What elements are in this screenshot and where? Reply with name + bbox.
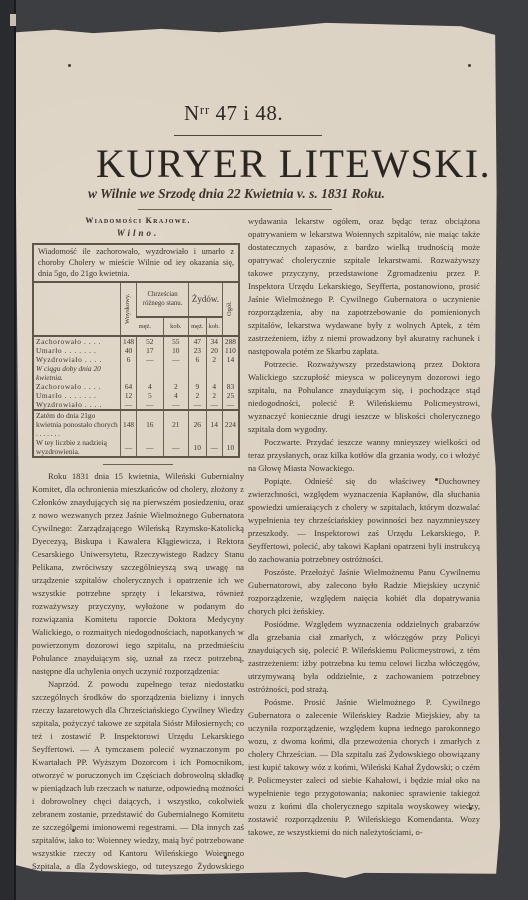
cell: 288 [222,336,238,346]
cell: 14 [222,355,238,364]
cell: 20 [206,346,222,355]
cell: 52 [137,336,163,346]
article-paragraph: Potrzecie. Rozważywszy przedstawioną prz… [248,358,480,436]
row-label: Zachorowało . . . . [34,336,121,346]
table-subheading-row: W ciągu doby dnia 20 kwietnia. [34,364,238,382]
cell: 34 [206,336,222,346]
header-female: kob. [206,317,222,336]
table-row: Wyzdrowiało . . . . 6 — — 6 2 14 [34,355,238,364]
cell: 148 [121,410,137,438]
paper-blemish [435,478,438,481]
cell: — [121,400,137,410]
masthead-rule-top [174,135,322,136]
article-paragraph: Roku 1831 dnia 15 kwietnia, Wileński Gub… [32,470,244,678]
table-row: Umarło . . . . . . . 40 17 10 23 20 110 [34,346,238,355]
stats-table: Woyskowy. Chrześcian różnego stanu. Żydó… [34,283,238,456]
cell: 10 [222,438,238,456]
table-row: Wyzdrowiało . . . . — — — — — — [34,400,238,410]
cell: 64 [121,382,137,391]
right-column: wydawania lekarstw ogółem, oraz będąc te… [248,215,480,839]
cholera-statistics-table: Wiadomość ile zachorowało, wyzdrowiało i… [32,243,240,458]
left-column: Wiadomości Krajowe. Wilno. Wiadomość ile… [32,214,244,899]
cell: 12 [121,391,137,400]
cell: — [163,355,189,364]
table-row: Zachorowało . . . . 64 4 2 9 4 83 [34,382,238,391]
header-military: Woyskowy. [121,283,137,336]
row-label: Zatém do dnia 21go kwietnia ponostało ch… [34,410,121,438]
scan-binding-strip [0,0,16,900]
issue-number: Nʳʳ 47 i 48. [184,101,334,126]
header-female: kob. [163,317,189,336]
paper-blemish [68,64,71,67]
cell: 4 [206,382,222,391]
paper-blemish [468,64,471,67]
table-caption: Wiadomość ile zachorowało, wyzdrowiało i… [34,245,238,283]
cell: 4 [137,382,163,391]
paper-blemish [224,856,227,859]
cell: — [206,400,222,410]
cell: 16 [137,410,163,438]
row-label: Zachorowało . . . . [34,382,121,391]
paper-blemish [469,807,472,810]
cell: — [189,400,206,410]
section-title: Wiadomości Krajowe. [32,214,244,227]
newspaper-title: KURYER LITEWSKI. [96,140,496,187]
row-label: Wyzdrowiało . . . . [34,355,121,364]
cell: — [222,400,238,410]
masthead-rule-bottom [138,209,332,210]
paper-blemish [72,829,75,832]
cell: 47 [189,336,206,346]
cell: 10 [189,438,206,456]
row-label-header [34,283,121,336]
cell: — [137,400,163,410]
article-paragraph: wydawania lekarstw ogółem, oraz będąc te… [248,215,480,358]
newspaper-page: Nʳʳ 47 i 48. KURYER LITEWSKI. w Wilnie w… [16,22,500,878]
table-subheading: W ciągu doby dnia 20 kwietnia. [34,364,121,382]
table-row: Zatém do dnia 21go kwietnia ponostało ch… [34,410,238,438]
table-row: Umarło . . . . . . . 12 5 4 2 2 25 [34,391,238,400]
header-military-text: Woyskowy. [123,283,132,335]
article-paragraph: Poczwarte. Przydać ieszcze wanny mnieysz… [248,436,480,475]
header-christians: Chrześcian różnego stanu. [137,283,189,317]
cell: 224 [222,410,238,438]
article-paragraph: Poszóste. Przełożyć Jaśnie Wielmożnemu P… [248,566,480,618]
article-paragraph: Poósme. Prosić Jaśnie Wielmożnego P. Cyw… [248,696,480,839]
cell: 26 [189,410,206,438]
row-label: Umarło . . . . . . . [34,391,121,400]
table-row: W tey liczbie z nadzieią wyzdrowienia. —… [34,438,238,456]
cell: 6 [121,355,137,364]
cell: 2 [206,355,222,364]
article-paragraph: Posiódme. Względem wyznaczenia oddzielny… [248,618,480,696]
cell: 17 [137,346,163,355]
cell: 21 [163,410,189,438]
cell: 23 [189,346,206,355]
cell: 40 [121,346,137,355]
header-total: Ogół. [222,283,238,336]
article-paragraph: Naprzód. Z powodu zupełnego teraz niedos… [32,678,244,886]
row-label: Wyzdrowiało . . . . [34,400,121,410]
cell: 110 [222,346,238,355]
row-label: Umarło . . . . . . . [34,346,121,355]
article-paragraph: Powtóre. Wileńska Skarbowa Apteka, z po- [32,886,244,899]
header-male: męż. [189,317,206,336]
cell: 14 [206,410,222,438]
dateline: w Wilnie we Srzodę dnia 22 Kwietnia v. s… [88,186,488,202]
table-row: Zachorowało . . . . 148 52 55 47 34 288 [34,336,238,346]
place-heading: Wilno. [32,227,244,240]
header-total-text: Ogół. [225,289,234,329]
cell: 10 [163,346,189,355]
cell: 5 [137,391,163,400]
cell: 83 [222,382,238,391]
header-male: męż. [137,317,163,336]
article-paragraph: Popiąte. Odnieść się do właściwey Duchow… [248,475,480,566]
header-jews: Żydów. [189,283,223,317]
cell: 2 [206,391,222,400]
cell: 9 [189,382,206,391]
cell: 55 [163,336,189,346]
cell: 2 [189,391,206,400]
cell: — [121,438,137,456]
cell: — [137,355,163,364]
row-label: W tey liczbie z nadzieią wyzdrowienia. [34,438,121,456]
cell: 6 [189,355,206,364]
cell: — [163,400,189,410]
cell: 4 [163,391,189,400]
cell: 2 [163,382,189,391]
cell: — [206,438,222,456]
cell: — [163,438,189,456]
cell: — [137,438,163,456]
column-divider-rule [103,464,173,465]
cell: 25 [222,391,238,400]
cell: 148 [121,336,137,346]
